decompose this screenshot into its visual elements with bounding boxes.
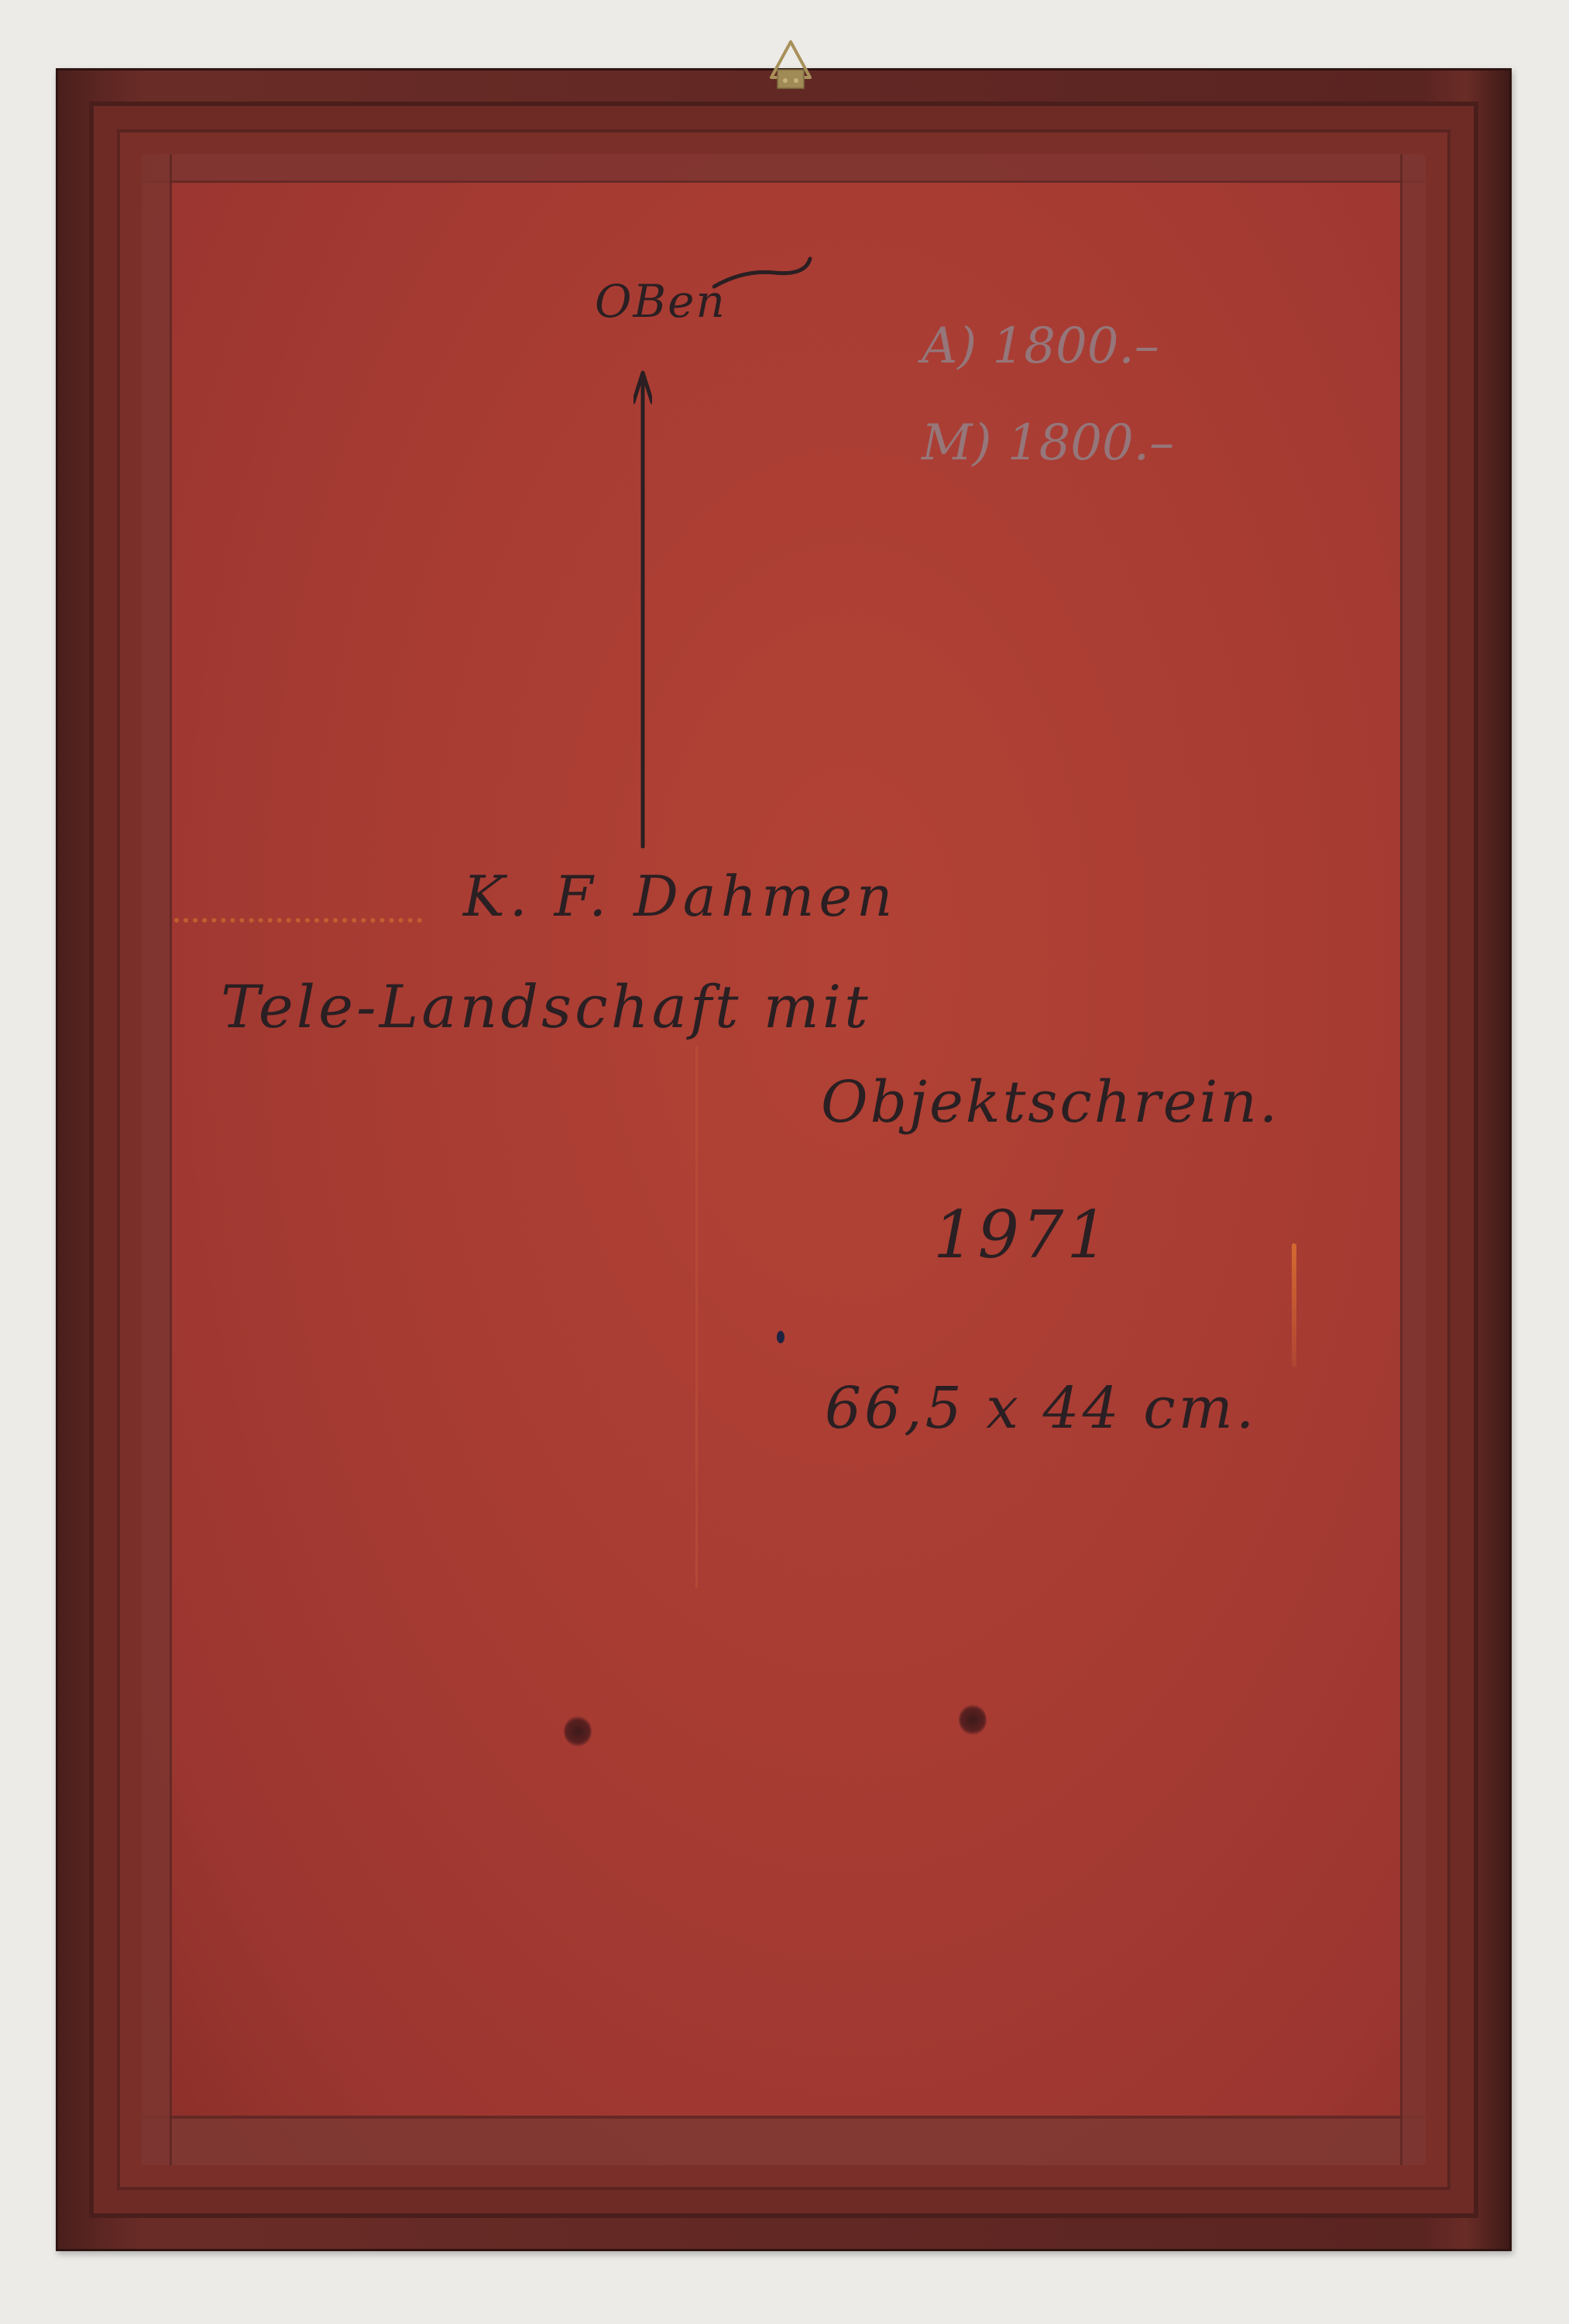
fastener-spot-right bbox=[959, 1704, 987, 1735]
orange-drip-mark bbox=[1292, 1243, 1296, 1367]
frame-rebate bbox=[117, 129, 1451, 2190]
title-line-2: Objektschrein. bbox=[821, 1069, 1279, 1136]
tape-left bbox=[142, 154, 172, 2165]
pencil-note-a: A) 1800.– bbox=[922, 318, 1159, 375]
orange-dotted-line bbox=[174, 918, 422, 923]
up-arrow-icon bbox=[633, 368, 652, 848]
fastener-spot-left bbox=[564, 1716, 592, 1747]
tape-right bbox=[1400, 154, 1426, 2165]
blue-ink-dot bbox=[777, 1331, 784, 1343]
dimensions: 66,5 x 44 cm. bbox=[825, 1375, 1257, 1442]
tape-bottom bbox=[142, 2116, 1426, 2165]
artist-name: K. F. Dahmen bbox=[463, 864, 897, 929]
title-line-1: Tele-Landschaft mit bbox=[221, 972, 871, 1041]
tape-top bbox=[142, 154, 1426, 183]
faint-vertical-line bbox=[695, 1046, 698, 1588]
frame-inner-molding bbox=[89, 101, 1478, 2218]
picture-frame bbox=[56, 68, 1512, 2251]
pencil-note-m: M) 1800.– bbox=[922, 414, 1174, 472]
year: 1971 bbox=[933, 1197, 1111, 1273]
label-flourish bbox=[712, 256, 813, 294]
red-backing-panel bbox=[142, 154, 1426, 2165]
orientation-label: OBen bbox=[595, 275, 726, 328]
triangle-hanger-icon bbox=[767, 39, 815, 90]
